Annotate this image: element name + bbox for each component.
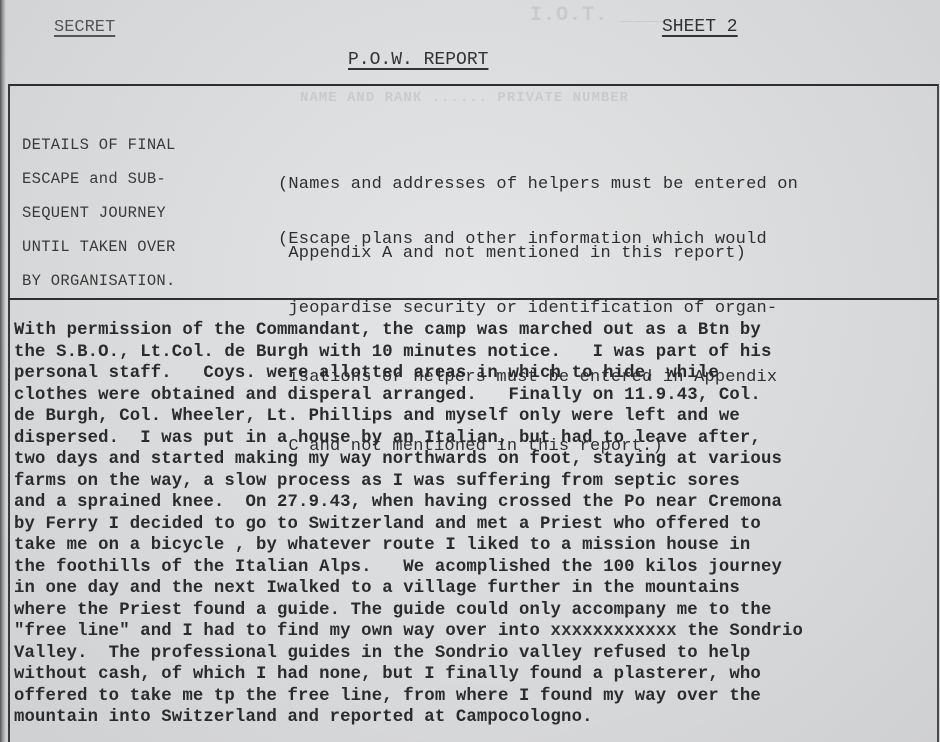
report-title: P.O.W. REPORT (348, 50, 488, 70)
section-label-line: SEQUENT JOURNEY (22, 196, 232, 230)
struck-out-word: xxxxxxxxxxxx (551, 622, 677, 641)
narrative-line: farms on the way, a slow process as I wa… (14, 471, 939, 493)
narrative-line: the S.B.O., Lt.Col. de Burgh with 10 min… (14, 342, 939, 364)
narrative-line: the foothills of the Italian Alps. We ac… (14, 557, 939, 579)
section-label-line: DETAILS OF FINAL (22, 128, 232, 162)
sheet-number: SHEET 2 (662, 17, 738, 37)
note-line: jeopardise security or identification of… (278, 297, 777, 320)
section-label-line: BY ORGANISATION. (22, 264, 232, 298)
narrative-line: dispersed. I was put in a house by an It… (14, 428, 939, 450)
page-edge-shadow (0, 0, 6, 742)
section-label: DETAILS OF FINAL ESCAPE and SUB- SEQUENT… (22, 128, 232, 298)
escape-narrative: With permission of the Commandant, the c… (14, 320, 939, 729)
narrative-line: without cash, of which I had none, but I… (14, 664, 939, 686)
narrative-line: take me on a bicycle , by whatever route… (14, 535, 939, 557)
narrative-line: de Burgh, Col. Wheeler, Lt. Phillips and… (14, 406, 939, 428)
section-label-line: UNTIL TAKEN OVER (22, 230, 232, 264)
narrative-line: offered to take me tp the free line, fro… (14, 686, 939, 708)
narrative-line: personal staff. Coys. were allotted area… (14, 363, 939, 385)
note-line: (Escape plans and other information whic… (278, 228, 777, 251)
narrative-line: where the Priest found a guide. The guid… (14, 600, 939, 622)
narrative-line: With permission of the Commandant, the c… (14, 320, 939, 342)
section-label-line: ESCAPE and SUB- (22, 162, 232, 196)
narrative-line: clothes were obtained and disperal arran… (14, 385, 939, 407)
narrative-line: Valley. The professional guides in the S… (14, 643, 939, 665)
narrative-line: mountain into Switzerland and reported a… (14, 707, 939, 729)
narrative-line: in one day and the next Iwalked to a vil… (14, 578, 939, 600)
narrative-line: "free line" and I had to find my own way… (14, 621, 939, 643)
narrative-line: by Ferry I decided to go to Switzerland … (14, 514, 939, 536)
narrative-line: and a sprained knee. On 27.9.43, when ha… (14, 492, 939, 514)
narrative-line: two days and started making my way north… (14, 449, 939, 471)
classification-stamp: SECRET (54, 18, 115, 37)
